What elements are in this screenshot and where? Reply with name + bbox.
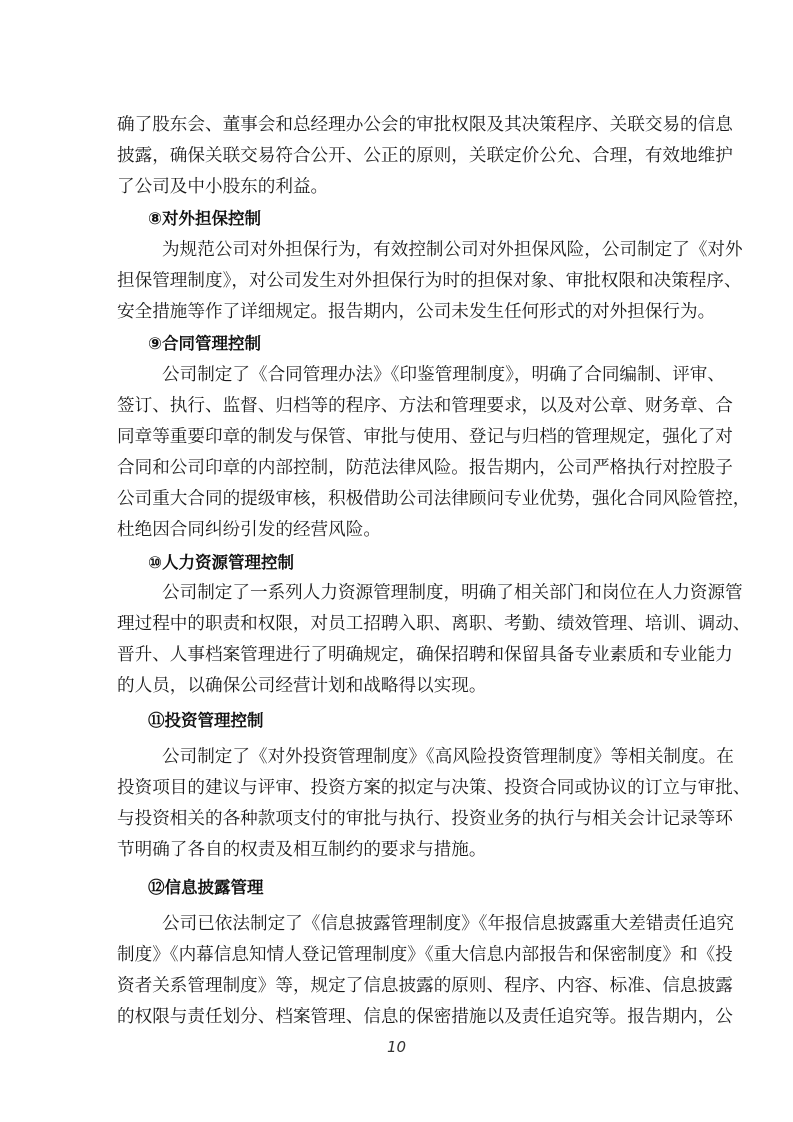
section-heading-contract-control: ⑨合同管理控制 xyxy=(148,328,261,359)
paragraph-line: 资者关系管理制度》等，规定了信息披露的原则、程序、内容、标准、信息披露 xyxy=(117,971,677,1002)
paragraph-line: 公司已依法制定了《信息披露管理制度》《年报信息披露重大差错责任追究 xyxy=(162,909,677,940)
paragraph-line: 为规范公司对外担保行为，有效控制公司对外担保风险，公司制定了《对外 xyxy=(162,235,677,266)
paragraph-line: 担保管理制度》，对公司发生对外担保行为时的担保对象、审批权限和决策程序、 xyxy=(117,266,677,297)
paragraph-line: 同章等重要印章的制发与保管、审批与使用、登记与归档的管理规定，强化了对 xyxy=(117,422,677,453)
paragraph-line: 签订、执行、监督、归档等的程序、方法和管理要求，以及对公章、财务章、合 xyxy=(117,391,677,422)
intro-line: 确了股东会、董事会和总经理办公会的审批权限及其决策程序、关联交易的信息 xyxy=(117,110,677,141)
intro-line: 披露，确保关联交易符合公开、公正的原则，关联定价公允、合理，有效地维护 xyxy=(117,141,677,172)
paragraph-line: 的权限与责任划分、档案管理、信息的保密措施以及责任追究等。报告期内，公 xyxy=(117,1002,677,1033)
paragraph-line: 与投资相关的各种款项支付的审批与执行、投资业务的执行与相关会计记录等环 xyxy=(117,804,677,835)
paragraph-line: 公司制定了一系列人力资源管理制度，明确了相关部门和岗位在人力资源管 xyxy=(162,578,677,609)
paragraph-line: 投资项目的建议与评审、投资方案的拟定与决策、投资合同或协议的订立与审批、 xyxy=(117,773,677,804)
section-heading-investment-control: ⑪投资管理控制 xyxy=(148,705,264,736)
paragraph-line: 制度》《内幕信息知情人登记管理制度》《重大信息内部报告和保密制度》和《投 xyxy=(117,940,677,971)
paragraph-line: 节明确了各自的权责及相互制约的要求与措施。 xyxy=(117,835,677,866)
intro-line: 了公司及中小股东的利益。 xyxy=(117,172,677,203)
section-heading-hr-control: ⑩人力资源管理控制 xyxy=(148,547,294,578)
section-heading-disclosure-management: ⑫信息披露管理 xyxy=(148,872,264,903)
paragraph-line: 公司重大合同的提级审核，积极借助公司法律顾问专业优势，强化合同风险管控， xyxy=(117,484,677,515)
paragraph-line: 的人员，以确保公司经营计划和战略得以实现。 xyxy=(117,671,677,702)
paragraph-line: 理过程中的职责和权限，对员工招聘入职、离职、考勤、绩效管理、培训、调动、 xyxy=(117,609,677,640)
paragraph-line: 公司制定了《对外投资管理制度》《高风险投资管理制度》等相关制度。在 xyxy=(162,742,677,773)
paragraph-line: 公司制定了《合同管理办法》《印鉴管理制度》，明确了合同编制、评审、 xyxy=(162,360,677,391)
paragraph-line: 杜绝因合同纠纷引发的经营风险。 xyxy=(117,515,677,546)
document-page: 确了股东会、董事会和总经理办公会的审批权限及其决策程序、关联交易的信息 披露，确… xyxy=(0,0,793,1122)
section-heading-guarantee-control: ⑧对外担保控制 xyxy=(148,203,261,234)
paragraph-line: 合同和公司印章的内部控制，防范法律风险。报告期内，公司严格执行对控股子 xyxy=(117,453,677,484)
paragraph-line: 安全措施等作了详细规定。报告期内，公司未发生任何形式的对外担保行为。 xyxy=(117,297,677,328)
page-number: 10 xyxy=(0,1038,793,1056)
paragraph-line: 晋升、人事档案管理进行了明确规定，确保招聘和保留具备专业素质和专业能力 xyxy=(117,640,677,671)
